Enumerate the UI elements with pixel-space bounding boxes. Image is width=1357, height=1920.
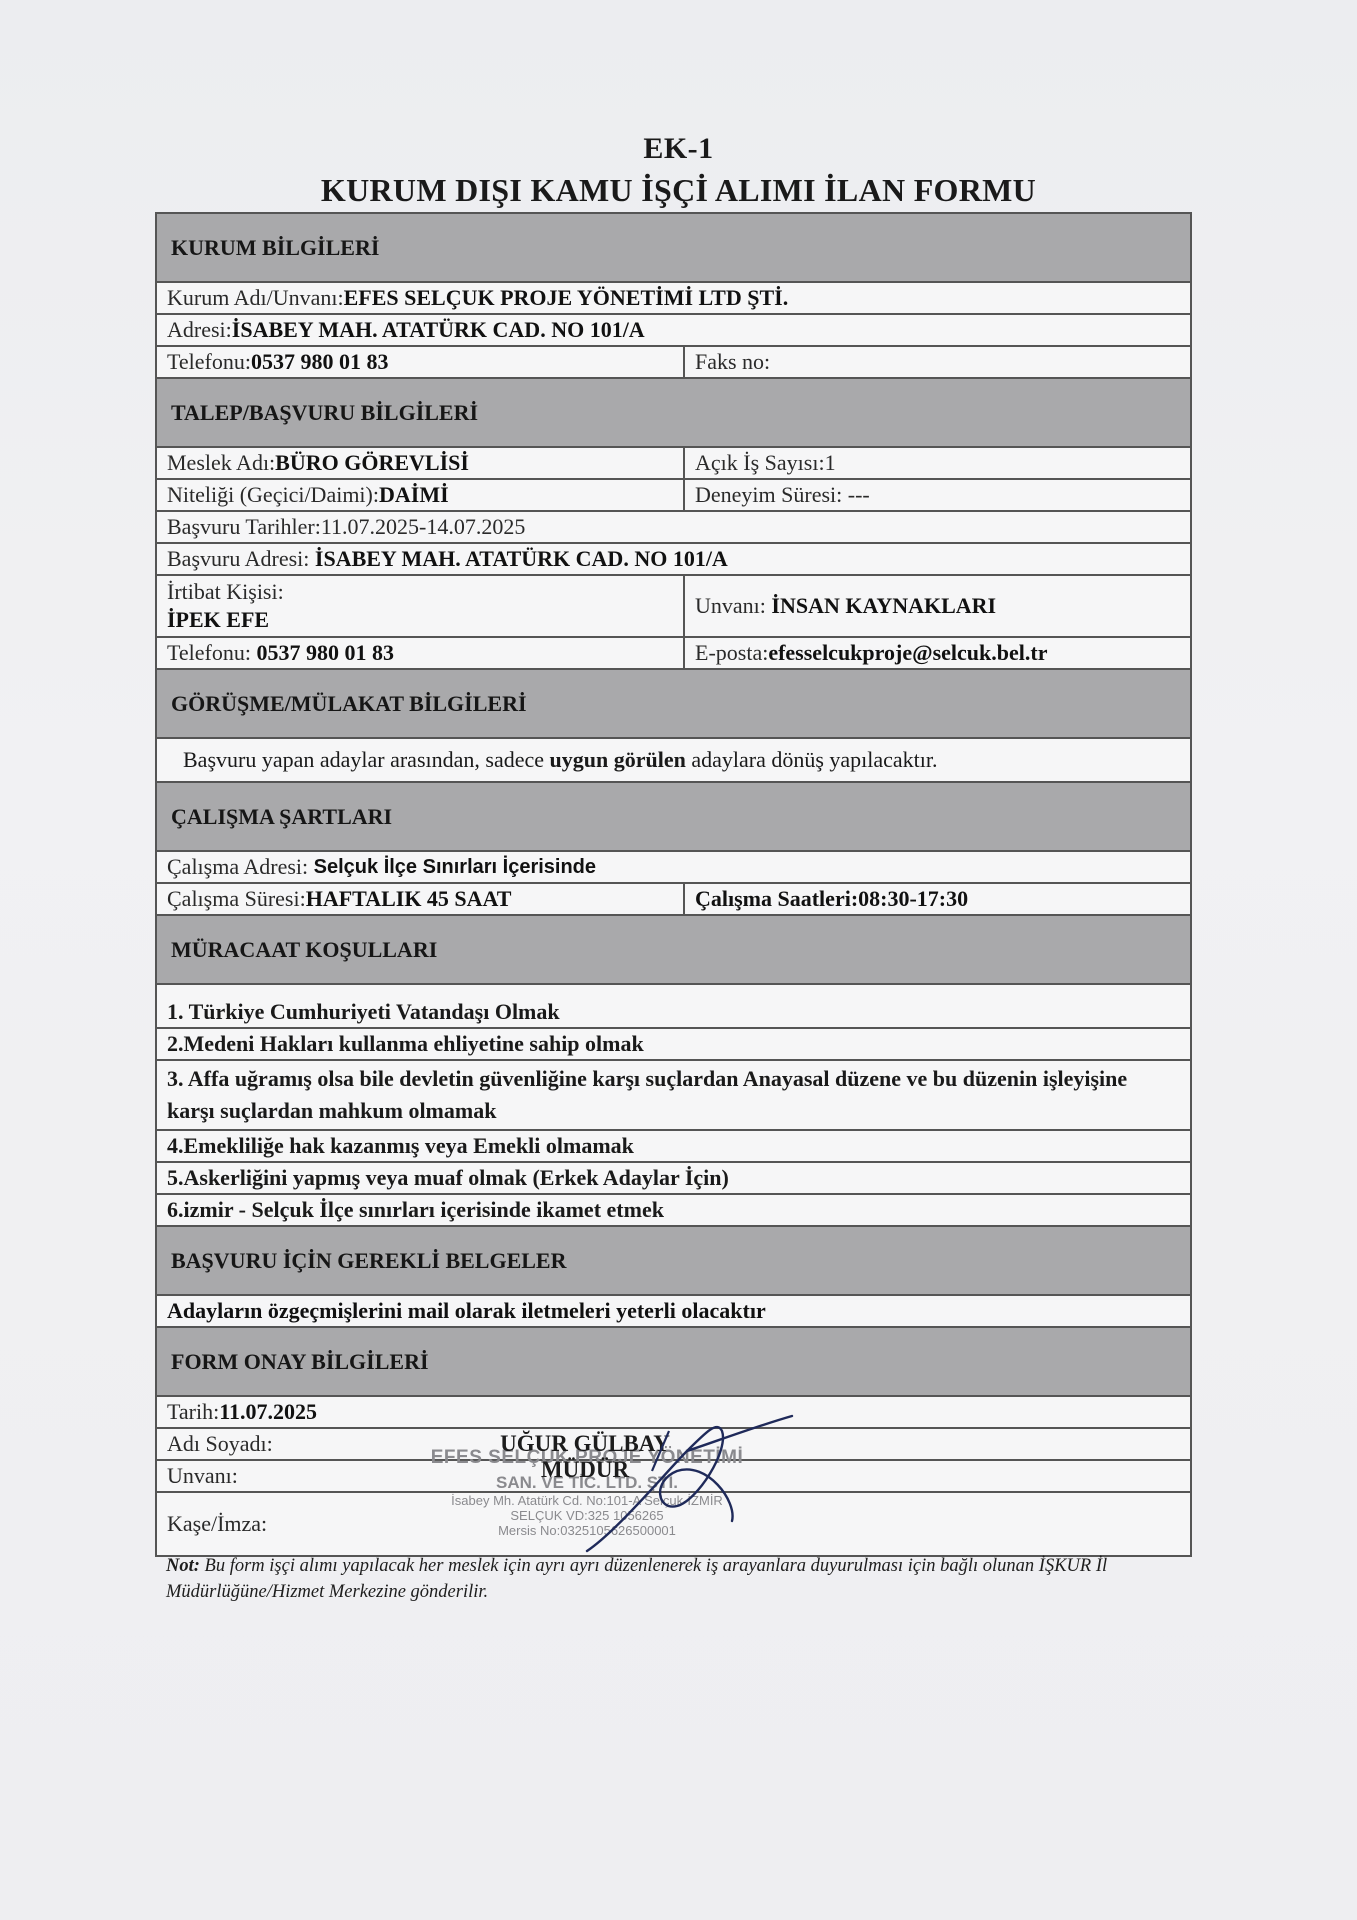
application-dates: 11.07.2025-14.07.2025 <box>321 514 526 540</box>
document-page: EK-1 KURUM DIŞI KAMU İŞÇİ ALIMI İLAN FOR… <box>0 0 1357 1920</box>
contact-title: İNSAN KAYNAKLARI <box>771 593 996 619</box>
job-posting-form: KURUM BİLGİLERİ Kurum Adı/Unvanı:EFES SE… <box>155 212 1192 1557</box>
row-kurum-name: Kurum Adı/Unvanı:EFES SELÇUK PROJE YÖNET… <box>157 283 1190 315</box>
work-address: Selçuk İlçe Sınırları İçerisinde <box>314 856 596 879</box>
open-jobs-value: 1 <box>825 450 836 476</box>
label: Adı Soyadı: <box>167 1431 273 1457</box>
requirement-item: 4.Emekliliğe hak kazanmış veya Emekli ol… <box>157 1131 1190 1163</box>
requirement-item: 6.izmir - Selçuk İlçe sınırları içerisin… <box>157 1195 1190 1227</box>
section-header-calisma: ÇALIŞMA ŞARTLARI <box>157 783 1190 852</box>
label: Çalışma Süresi: <box>167 886 306 912</box>
row-nature: Niteliği (Geçici/Daimi):DAİMİ Deneyim Sü… <box>157 480 1190 512</box>
label: Telefonu: <box>167 349 251 375</box>
row-kurum-address: Adresi:İSABEY MAH. ATATÜRK CAD. NO 101/A <box>157 315 1190 347</box>
annex-label: EK-1 <box>0 132 1357 166</box>
institution-phone: 0537 980 01 83 <box>251 349 389 375</box>
label: İrtibat Kişisi: <box>167 578 284 606</box>
row-approver-name: Adı Soyadı: <box>157 1429 1190 1461</box>
row-approver-title: Unvanı: <box>157 1461 1190 1493</box>
work-hours: 08:30-17:30 <box>858 886 968 912</box>
section-header-muracaat: MÜRACAAT KOŞULLARI <box>157 916 1190 985</box>
label: Unvanı: <box>695 593 766 619</box>
label: Faks no: <box>695 349 770 375</box>
required-documents: Adayların özgeçmişlerini mail olarak ile… <box>167 1298 766 1324</box>
occupation-value: BÜRO GÖREVLİSİ <box>275 450 469 476</box>
institution-address: İSABEY MAH. ATATÜRK CAD. NO 101/A <box>232 317 645 343</box>
row-contact: İrtibat Kişisi: İPEK EFE Unvanı: İNSAN K… <box>157 576 1190 638</box>
section-header-gorusme: GÖRÜŞME/MÜLAKAT BİLGİLERİ <box>157 670 1190 739</box>
label: Başvuru Tarihler: <box>167 514 321 540</box>
institution-name: EFES SELÇUK PROJE YÖNETİMİ LTD ŞTİ. <box>344 285 789 311</box>
label: E-posta: <box>695 640 768 666</box>
text: Başvuru yapan adaylar arasından, sadece <box>183 747 550 772</box>
label: Niteliği (Geçici/Daimi): <box>167 482 379 508</box>
note-label: Not: <box>166 1556 200 1576</box>
requirement-item: 2.Medeni Hakları kullanma ehliyetine sah… <box>157 1029 1190 1061</box>
section-header-onay: FORM ONAY BİLGİLERİ <box>157 1328 1190 1397</box>
label: Açık İş Sayısı: <box>695 450 825 476</box>
application-address: İSABEY MAH. ATATÜRK CAD. NO 101/A <box>315 546 728 572</box>
text: adaylara dönüş yapılacaktır. <box>686 747 938 772</box>
row-kurum-phone-fax: Telefonu:0537 980 01 83 Faks no: <box>157 347 1190 379</box>
label: Unvanı: <box>167 1463 238 1489</box>
contact-email[interactable]: efesselcukproje@selcuk.bel.tr <box>768 640 1047 666</box>
section-header-belgeler: BAŞVURU İÇİN GEREKLİ BELGELER <box>157 1227 1190 1296</box>
label: Adresi: <box>167 317 232 343</box>
label: Çalışma Saatleri: <box>695 886 858 912</box>
form-title: KURUM DIŞI KAMU İŞÇİ ALIMI İLAN FORMU <box>0 172 1357 209</box>
note-text: Bu form işçi alımı yapılacak her meslek … <box>166 1556 1107 1602</box>
requirement-item: 5.Askerliğini yapmış veya muaf olmak (Er… <box>157 1163 1190 1195</box>
row-work-duration-hours: Çalışma Süresi:HAFTALIK 45 SAAT Çalışma … <box>157 884 1190 916</box>
row-documents: Adayların özgeçmişlerini mail olarak ile… <box>157 1296 1190 1328</box>
row-dates: Başvuru Tarihler:11.07.2025-14.07.2025 <box>157 512 1190 544</box>
contact-phone: 0537 980 01 83 <box>256 640 394 666</box>
label: Başvuru Adresi: <box>167 546 309 572</box>
signature-block: Adı Soyadı: Unvanı: Kaşe/İmza: EFES SELÇ… <box>157 1429 1190 1555</box>
spacer <box>157 985 1190 997</box>
row-contact-phone-email: Telefonu: 0537 980 01 83 E-posta:efessel… <box>157 638 1190 670</box>
row-occupation: Meslek Adı:BÜRO GÖREVLİSİ Açık İş Sayısı… <box>157 448 1190 480</box>
row-work-address: Çalışma Adresi: Selçuk İlçe Sınırları İç… <box>157 852 1190 884</box>
label: Tarih: <box>167 1399 219 1425</box>
row-stamp-signature: Kaşe/İmza: <box>157 1493 1190 1555</box>
label: Kaşe/İmza: <box>167 1511 267 1537</box>
interview-text: Başvuru yapan adaylar arasından, sadece … <box>157 739 954 781</box>
section-header-talep: TALEP/BAŞVURU BİLGİLERİ <box>157 379 1190 448</box>
approval-date: 11.07.2025 <box>219 1399 317 1425</box>
label: Deneyim Süresi: <box>695 482 842 508</box>
label: Meslek Adı: <box>167 450 275 476</box>
nature-value: DAİMİ <box>379 482 449 508</box>
emphasis-text: uygun görülen <box>550 747 686 772</box>
row-interview-info: Başvuru yapan adaylar arasından, sadece … <box>157 739 1190 783</box>
row-apply-address: Başvuru Adresi: İSABEY MAH. ATATÜRK CAD.… <box>157 544 1190 576</box>
contact-person: İPEK EFE <box>167 606 269 634</box>
requirement-item: 3. Affa uğramış olsa bile devletin güven… <box>157 1061 1190 1131</box>
label: Çalışma Adresi: <box>167 854 308 880</box>
requirement-item: 1. Türkiye Cumhuriyeti Vatandaşı Olmak <box>157 997 1190 1029</box>
work-duration: HAFTALIK 45 SAAT <box>306 886 512 912</box>
label: Kurum Adı/Unvanı: <box>167 285 344 311</box>
section-header-kurum: KURUM BİLGİLERİ <box>157 214 1190 283</box>
footnote: Not: Bu form işçi alımı yapılacak her me… <box>166 1553 1216 1605</box>
experience-value: --- <box>848 482 870 508</box>
row-approval-date: Tarih:11.07.2025 <box>157 1397 1190 1429</box>
label: Telefonu: <box>167 640 251 666</box>
